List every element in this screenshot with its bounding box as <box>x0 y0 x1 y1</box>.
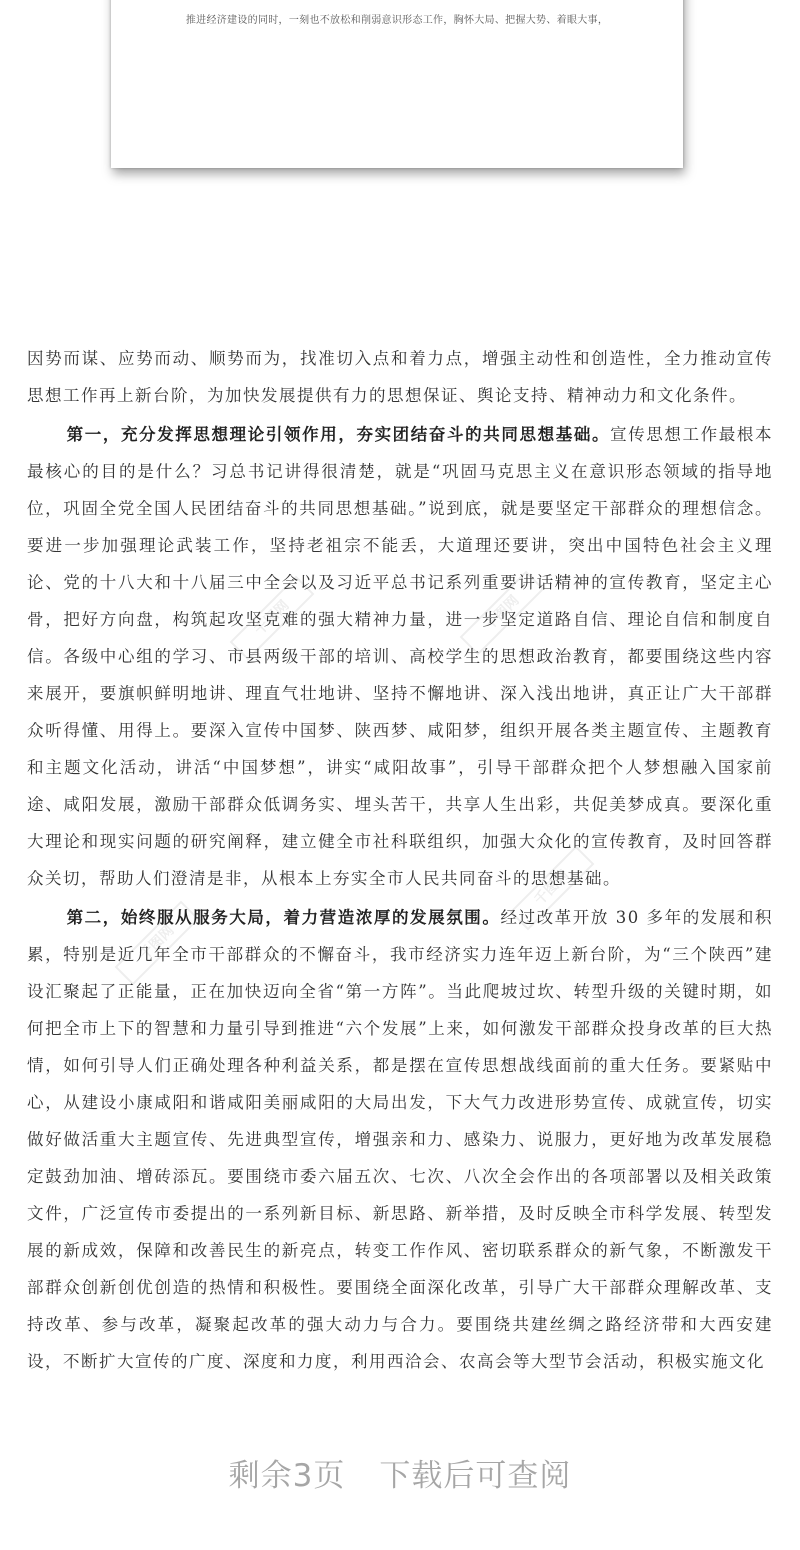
paragraph-text: 经过改革开放 30 多年的发展和积累，特别是近几年全市干部群众的不懈奋斗，我市经… <box>27 908 773 1371</box>
paragraph-text: 宣传思想工作最根本最核心的目的是什么？习总书记讲得很清楚，就是“巩固马克思主义在… <box>27 425 773 888</box>
previous-page-preview: …………………………………………………………………………… 推进经济建设的同时，… <box>111 0 683 168</box>
download-action-label[interactable]: 下载后可查阅 <box>379 1458 571 1494</box>
paragraph-text: 因势而谋、应势而动、顺势而为，找准切入点和着力点，增强主动性和创造性，全力推动宣… <box>27 349 773 405</box>
paragraph-first: 第一，充分发挥思想理论引领作用，夯实团结奋斗的共同思想基础。宣传思想工作最根本最… <box>27 416 773 897</box>
download-to-read-more-banner[interactable]: 剩余3页下载后可查阅 <box>0 1450 800 1495</box>
paragraph-intro: 因势而谋、应势而动、顺势而为，找准切入点和着力点，增强主动性和创造性，全力推动宣… <box>27 340 773 414</box>
document-body: 因势而谋、应势而动、顺势而为，找准切入点和着力点，增强主动性和创造性，全力推动宣… <box>27 340 773 1380</box>
paragraph-second: 第二，始终服从服务大局，着力营造浓厚的发展氛围。经过改革开放 30 多年的发展和… <box>27 899 773 1380</box>
paragraph-lead: 第一，充分发挥思想理论引领作用，夯实团结奋斗的共同思想基础。 <box>67 425 610 444</box>
paragraph-lead: 第二，始终服从服务大局，着力营造浓厚的发展氛围。 <box>67 908 501 927</box>
preview-line: 推进经济建设的同时，一刻也不放松和削弱意识形态工作，胸怀大局、把握大势、着眼大事… <box>111 11 683 26</box>
remaining-pages-label: 剩余3页 <box>229 1458 346 1494</box>
